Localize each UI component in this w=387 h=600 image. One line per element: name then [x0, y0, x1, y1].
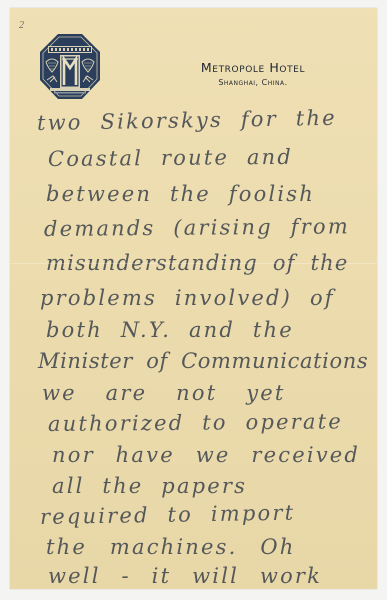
body-line-10: authorized to operate — [48, 409, 343, 436]
body-line-3: between the foolish — [46, 182, 315, 206]
body-line-12: all the papers — [52, 474, 247, 498]
body-line-6: problems involved) of — [40, 286, 335, 310]
body-line-5: misunderstanding of the — [46, 251, 349, 275]
body-line-2: Coastal route and — [48, 145, 293, 171]
body-line-4: demands (arising from — [44, 214, 350, 241]
body-line-7: both N.Y. and the — [46, 318, 294, 342]
handwritten-body: two Sikorskys for the Coastal route and … — [10, 8, 377, 589]
body-line-11: nor have we received — [52, 443, 360, 467]
body-line-14: the machines. Oh — [46, 535, 296, 559]
letter-page: 2 — [10, 8, 377, 589]
body-line-1: two Sikorskys for the — [37, 106, 337, 135]
body-line-15: well - it will work — [48, 564, 322, 588]
body-line-13: required to import — [40, 501, 296, 529]
body-line-9: we are not yet — [42, 381, 286, 405]
body-line-8: Minister of Communications — [38, 349, 368, 373]
